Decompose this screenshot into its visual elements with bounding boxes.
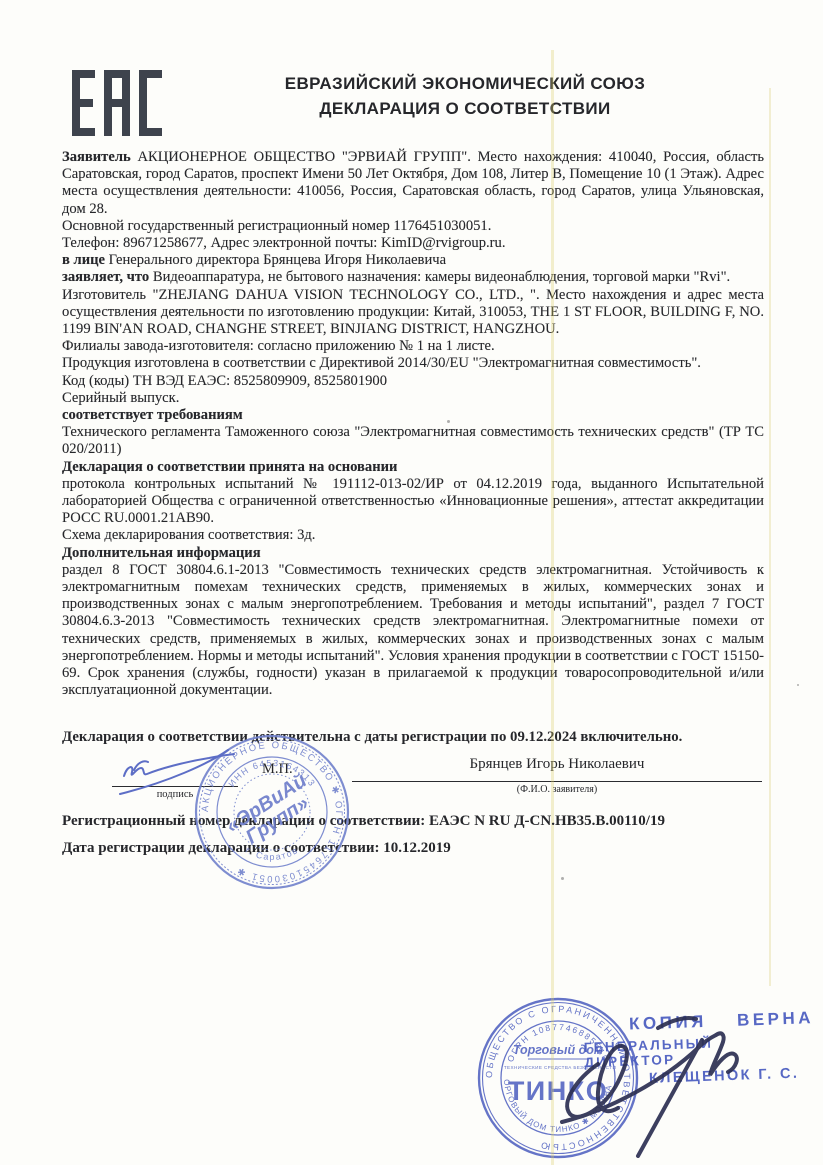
scan-fold-line	[769, 88, 771, 986]
body-paragraph: Код (коды) ТН ВЭД ЕАЭС: 8525809909, 8525…	[62, 373, 764, 390]
union-name: ЕВРАЗИЙСКИЙ ЭКОНОМИЧЕСКИЙ СОЮЗ	[230, 71, 700, 96]
scan-speck	[797, 684, 799, 686]
body-paragraph: Основной государственный регистрационный…	[62, 218, 764, 235]
registration-date-value: 10.12.2019	[383, 840, 451, 856]
document-body: Заявитель АКЦИОНЕРНОЕ ОБЩЕСТВО "ЭРВИАЙ Г…	[62, 149, 764, 700]
registration-number-value: ЕАЭС N RU Д-CN.НВ35.В.00110/19	[429, 813, 665, 829]
paragraph-text: Продукция изготовлена в соответствии с Д…	[62, 355, 701, 371]
paragraph-bold-lead: заявляет, что	[62, 269, 149, 285]
paragraph-text: раздел 8 ГОСТ 30804.6.1-2013 "Совместимо…	[62, 562, 764, 698]
declarant-name: Брянцев Игорь Николаевич	[352, 756, 762, 773]
paragraph-bold-lead: Заявитель	[62, 149, 131, 165]
paragraph-text: Код (коды) ТН ВЭД ЕАЭС: 8525809909, 8525…	[62, 373, 387, 389]
document-title: ДЕКЛАРАЦИЯ О СООТВЕТСТВИИ	[230, 96, 700, 121]
paragraph-text: Технического регламента Таможенного союз…	[62, 424, 764, 457]
paragraph-text: Генерального директора Брянцева Игоря Ни…	[105, 252, 446, 268]
paragraph-text: АКЦИОНЕРНОЕ ОБЩЕСТВО "ЭРВИАЙ ГРУПП". Мес…	[62, 149, 764, 217]
body-paragraph: Дополнительная информация	[62, 545, 764, 562]
director-signature	[540, 998, 790, 1158]
paragraph-bold-lead: Декларация о соответствии принята на осн…	[62, 459, 397, 475]
body-paragraph: Филиалы завода-изготовителя: согласно пр…	[62, 338, 764, 355]
body-paragraph: соответствует требованиям	[62, 407, 764, 424]
declarant-name-caption: (Ф.И.О. заявителя)	[352, 784, 762, 795]
declarant-name-line	[352, 781, 762, 782]
body-paragraph: Схема декларирования соответствия: 3д.	[62, 527, 764, 544]
paragraph-text: Изготовитель "ZHEJIANG DAHUA VISION TECH…	[62, 287, 764, 337]
registration-number-line: Регистрационный номер декларации о соотв…	[62, 813, 665, 830]
paragraph-text: Телефон: 89671258677, Адрес электронной …	[62, 235, 505, 251]
body-paragraph: Телефон: 89671258677, Адрес электронной …	[62, 235, 764, 252]
paragraph-text: Основной государственный регистрационный…	[62, 218, 491, 234]
body-paragraph: Заявитель АКЦИОНЕРНОЕ ОБЩЕСТВО "ЭРВИАЙ Г…	[62, 149, 764, 218]
paragraph-text: Филиалы завода-изготовителя: согласно пр…	[62, 338, 495, 354]
paragraph-text: протокола контрольных испытаний № 191112…	[62, 476, 764, 526]
declaration-document-page: ЕВРАЗИЙСКИЙ ЭКОНОМИЧЕСКИЙ СОЮЗ ДЕКЛАРАЦИ…	[0, 0, 823, 1165]
document-header: ЕВРАЗИЙСКИЙ ЭКОНОМИЧЕСКИЙ СОЮЗ ДЕКЛАРАЦИ…	[230, 71, 700, 121]
paragraph-bold-lead: соответствует требованиям	[62, 407, 243, 423]
paragraph-text: Видеоаппаратура, не бытового назначения:…	[149, 269, 730, 285]
body-paragraph: Продукция изготовлена в соответствии с Д…	[62, 355, 764, 372]
paragraph-bold-lead: Дополнительная информация	[62, 545, 261, 561]
body-paragraph: раздел 8 ГОСТ 30804.6.1-2013 "Совместимо…	[62, 562, 764, 700]
scan-speck	[561, 877, 564, 880]
body-paragraph: в лице Генерального директора Брянцева И…	[62, 252, 764, 269]
body-paragraph: заявляет, что Видеоаппаратура, не бытово…	[62, 269, 764, 286]
body-paragraph: Декларация о соответствии принята на осн…	[62, 459, 764, 476]
body-paragraph: Технического регламента Таможенного союз…	[62, 424, 764, 458]
paragraph-text: Серийный выпуск.	[62, 390, 179, 406]
paragraph-text: Схема декларирования соответствия: 3д.	[62, 527, 315, 543]
eac-mark-icon	[72, 70, 162, 136]
body-paragraph: протокола контрольных испытаний № 191112…	[62, 476, 764, 528]
applicant-signature	[114, 740, 254, 802]
body-paragraph: Изготовитель "ZHEJIANG DAHUA VISION TECH…	[62, 287, 764, 339]
body-paragraph: Серийный выпуск.	[62, 390, 764, 407]
scan-speck	[447, 420, 450, 423]
paragraph-bold-lead: в лице	[62, 252, 105, 268]
